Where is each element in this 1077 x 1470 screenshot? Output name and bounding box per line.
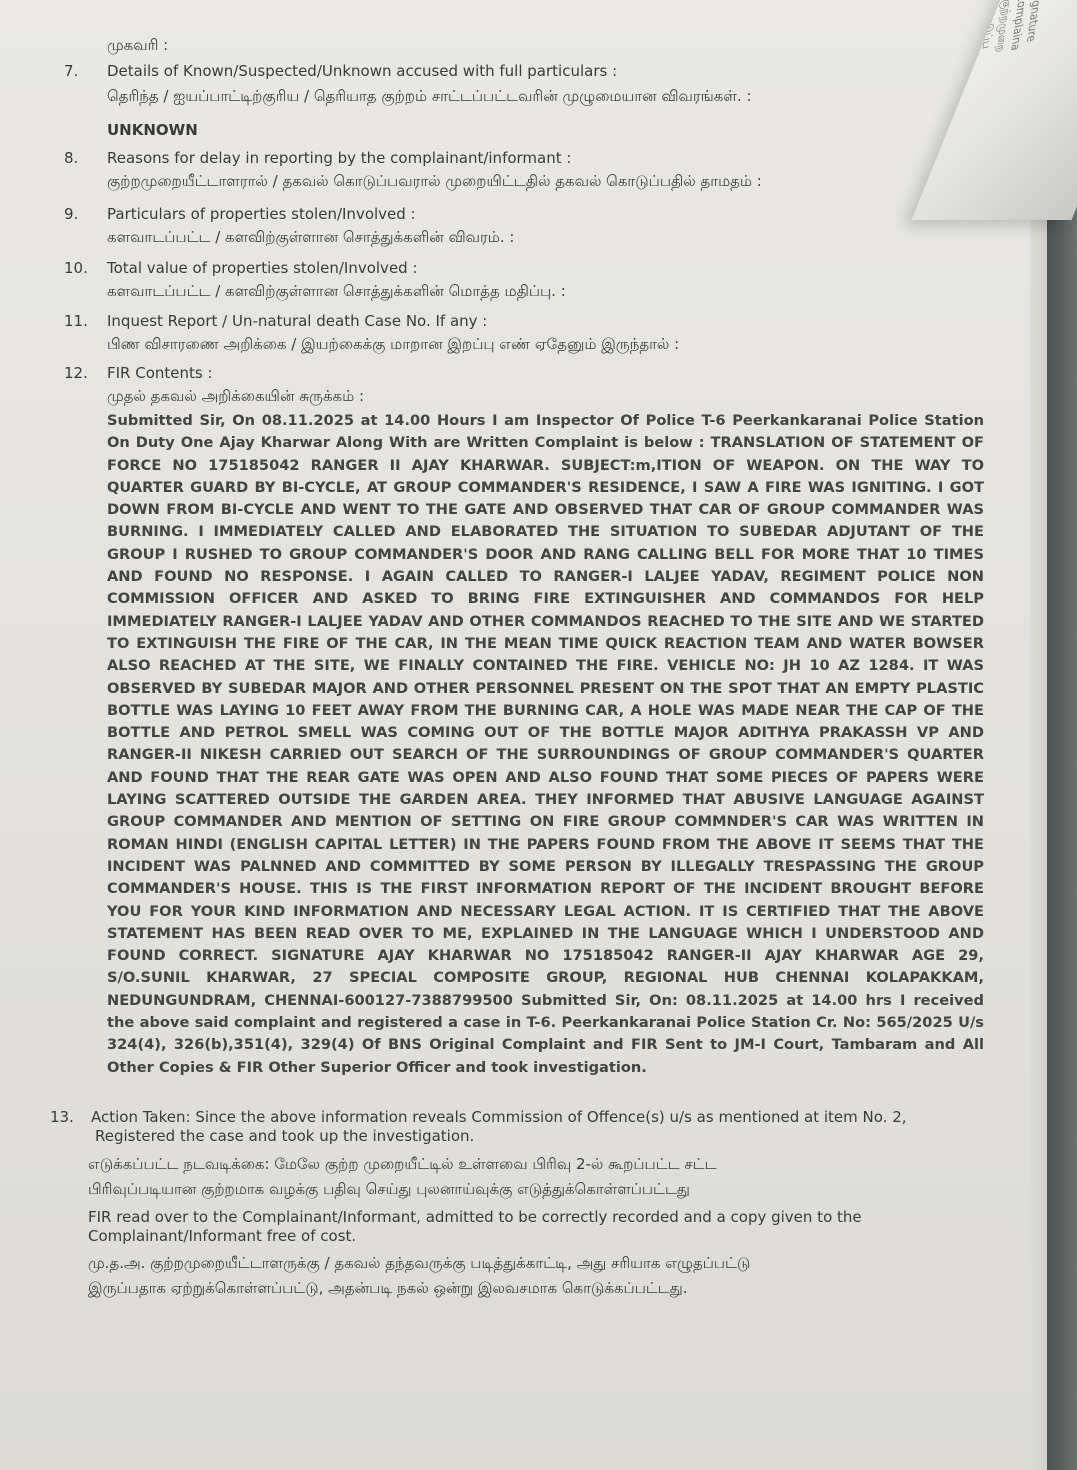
fir-contents-body: Submitted Sir, On 08.11.2025 at 14.00 Ho…	[107, 410, 984, 1079]
table-surface	[1047, 180, 1077, 1470]
action-taken-en-line2: Registered the case and took up the inve…	[95, 1125, 474, 1147]
item-11-label-en: Inquest Report / Un-natural death Case N…	[107, 310, 487, 332]
item-8-label-ta: குற்றமுறையீட்டாளரால் / தகவல் கொடுப்பவரால…	[107, 170, 762, 192]
item-11-label-ta: பிண விசாரணை அறிக்கை / இயற்கைக்கு மாறான இ…	[107, 333, 679, 355]
item-7-value: UNKNOWN	[107, 119, 198, 141]
item-9-label-en: Particulars of properties stolen/Involve…	[107, 203, 416, 225]
item-10-label-en: Total value of properties stolen/Involve…	[107, 257, 418, 279]
item-12-label-ta: முதல் தகவல் அறிக்கையின் சுருக்கம் :	[107, 385, 364, 407]
fir-document-page: முகவரி : 7. Details of Known/Suspected/U…	[0, 0, 1048, 1470]
item-8-label-en: Reasons for delay in reporting by the co…	[107, 147, 571, 169]
fir-read-ta-line2: இருப்பதாக ஏற்றுக்கொள்ளப்பட்டு, அதன்படி ந…	[88, 1277, 688, 1299]
fir-read-en-line2: Complainant/Informant free of cost.	[88, 1225, 356, 1247]
item-12-label-en: FIR Contents :	[107, 362, 213, 384]
fir-read-ta-line1: மு.த.அ. குற்றமுறையீட்டாளருக்கு / தகவல் த…	[88, 1252, 750, 1274]
action-taken-ta-line1: எடுக்கப்பட்ட நடவடிக்கை: மேலே குற்ற முறைய…	[88, 1153, 717, 1175]
item-7-label-en: Details of Known/Suspected/Unknown accus…	[107, 60, 617, 82]
item-10-label-ta: களவாடப்பட்ட / களவிற்குள்ளான சொத்துக்களின…	[107, 280, 566, 302]
action-taken-ta-line2: பிரிவுப்படியான குற்றமாக வழக்கு பதிவு செய…	[88, 1178, 690, 1200]
item-7-label-ta: தெரிந்த / ஐயப்பாட்டிற்குரிய / தெரியாத கு…	[107, 85, 752, 107]
item-9-label-ta: களவாடப்பட்ட / களவிற்குள்ளான சொத்துக்களின…	[107, 226, 514, 248]
